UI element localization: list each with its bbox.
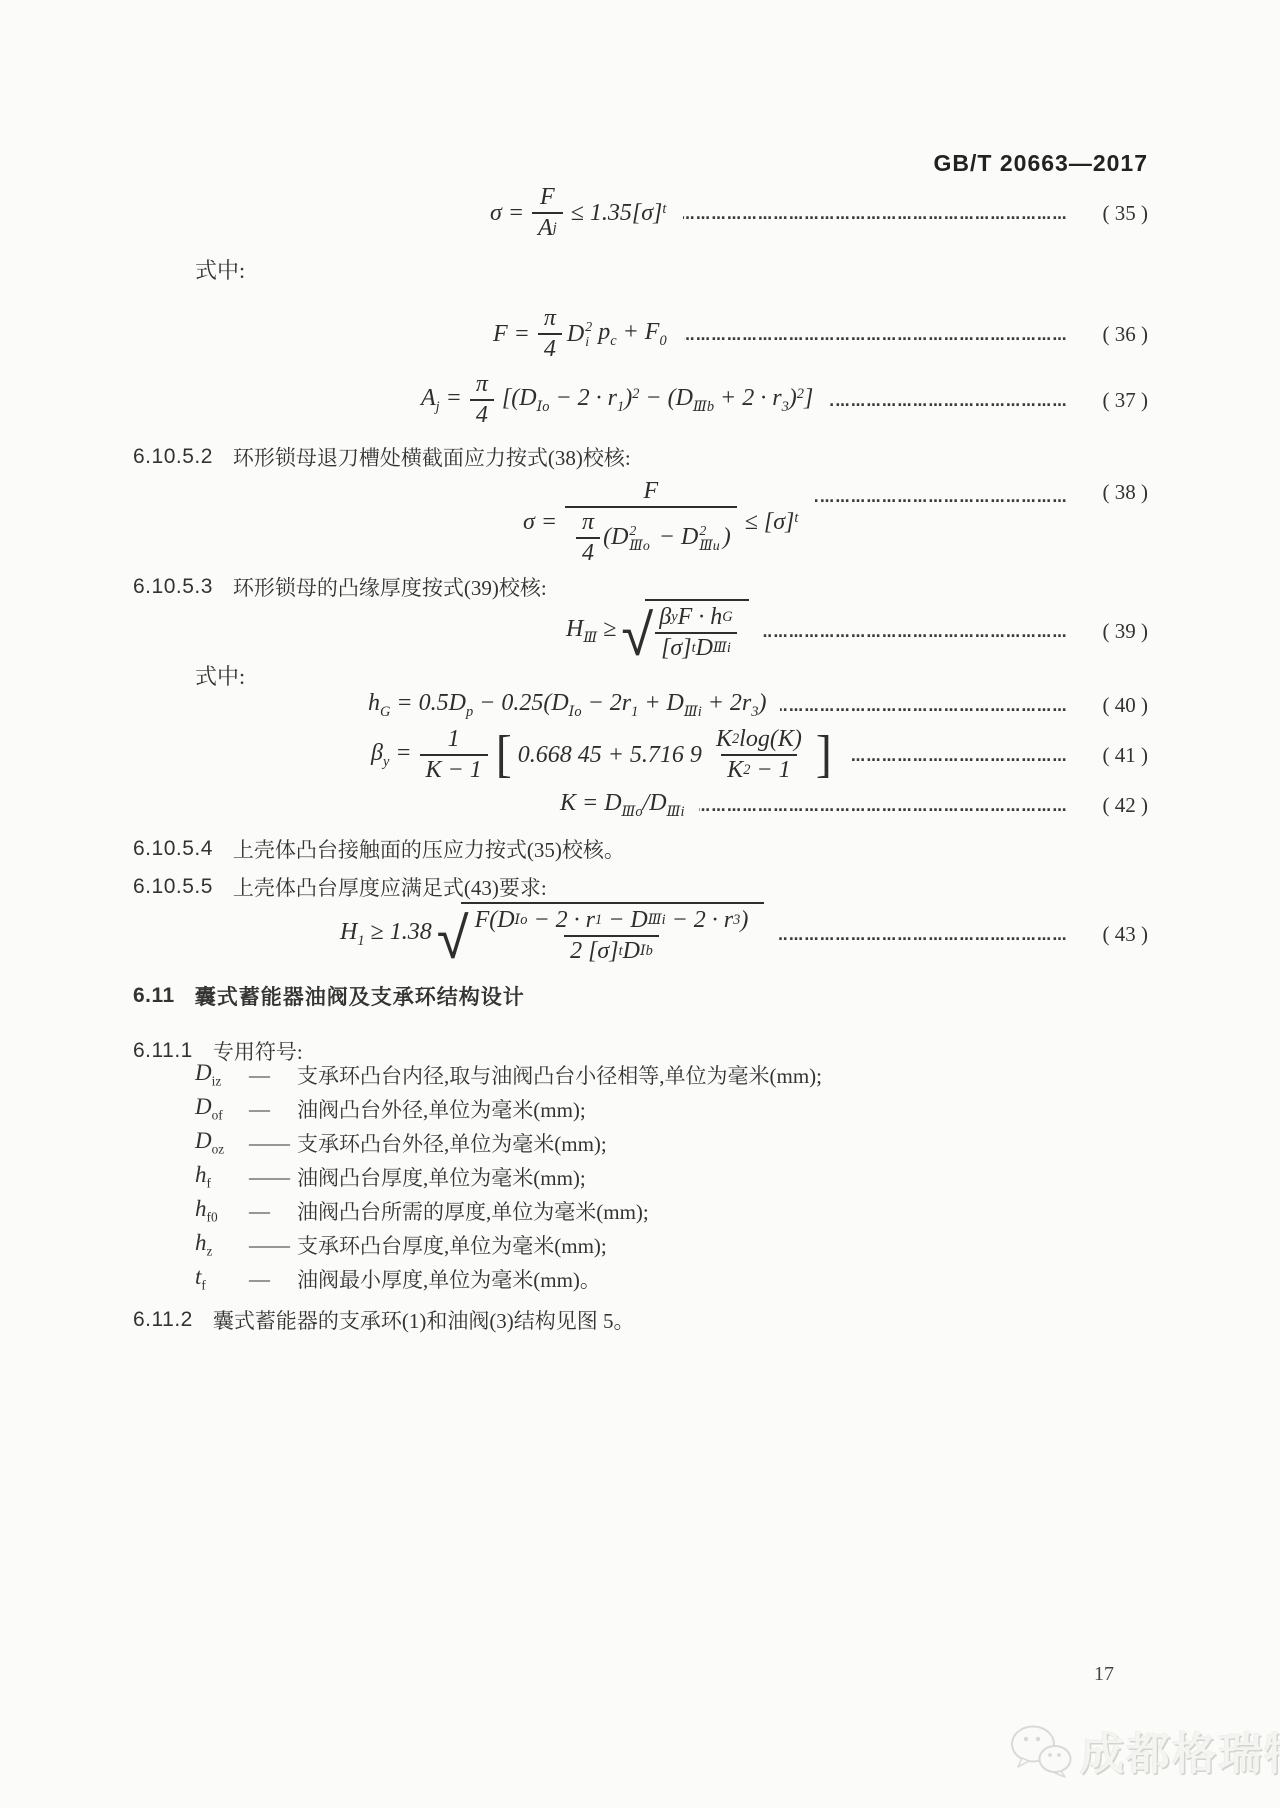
symbol-row: hf —— 油阀凸台厚度,单位为毫米(mm);	[133, 1160, 1148, 1194]
stacked-scripts: 2 i	[585, 321, 592, 350]
dot-leader: ………………………………………………………………………………	[780, 699, 1068, 715]
symbol-term: hz	[195, 1230, 249, 1259]
symbol-row: hz —— 支承环凸台厚度,单位为毫米(mm);	[133, 1228, 1148, 1262]
variable: D	[611, 524, 628, 551]
paren-open: (	[603, 524, 611, 551]
equation-35: σ = F Aj ≤ 1.35[σ]t ………………………………………………………	[133, 184, 1148, 242]
formula-rhs: ≤ 1.35[σ]t	[571, 200, 667, 227]
fraction-numerator: βyF · hG	[653, 604, 738, 632]
fraction-denominator: K2 − 1	[721, 754, 796, 784]
fraction-denominator: 2 [σ]tDⅠb	[564, 935, 659, 965]
equation-38: σ = F π 4 ( D 2 Ⅲo −	[133, 476, 1148, 568]
operator: −	[653, 524, 681, 551]
formula-lhs: HⅢ ≥	[566, 616, 616, 647]
formula-41: βy = 1 K − 1 [ 0.668 45 + 5.716 9 K2log(…	[368, 726, 835, 784]
symbol-term: hf0	[195, 1196, 249, 1225]
formula-lhs: H1 ≥ 1.38	[340, 919, 432, 950]
equation-43: H1 ≥ 1.38 √ F(DⅠo − 2 · r1 − DⅢi − 2 · r…	[133, 898, 1148, 970]
watermark-text: 成都格瑞特	[1080, 1718, 1280, 1782]
formula-43: H1 ≥ 1.38 √ F(DⅠo − 2 · r1 − DⅢi − 2 · r…	[337, 902, 764, 967]
equation-number: ( 36 )	[1072, 322, 1148, 347]
fraction-numerator: π	[470, 371, 494, 399]
symbol-term: Doz	[195, 1128, 249, 1157]
symbol-desc: 支承环凸台厚度,单位为毫米(mm);	[297, 1230, 607, 1260]
fraction-denominator: Aj	[532, 212, 563, 242]
equation-number: ( 35 )	[1072, 201, 1148, 226]
formula-body: hG = 0.5Dp − 0.25(DⅠo − 2r1 + DⅢi + 2r3)	[368, 690, 766, 721]
fraction: F π 4 ( D 2 Ⅲo − D	[565, 478, 737, 567]
dot-leader: ………………………………………………………………………………	[815, 490, 1068, 506]
fraction: F Aj	[532, 184, 563, 242]
fraction-numerator: π	[576, 509, 600, 537]
variable: D	[567, 321, 584, 348]
formula-body: K = DⅢo/DⅢi	[560, 790, 685, 821]
equation-42: K = DⅢo/DⅢi ……………………………………………………………………………	[133, 788, 1148, 822]
symbol-dash: ——	[249, 1233, 297, 1258]
radical-body: βyF · hG [σ]tDⅢi	[645, 599, 748, 664]
symbol-row: tf — 油阀最小厚度,单位为毫米(mm)。	[133, 1262, 1148, 1296]
fraction-denominator: 4	[538, 333, 562, 363]
fraction-numerator: F	[638, 478, 665, 506]
formula-rhs: pc + F0	[598, 319, 666, 350]
section-heading-6-10-5-2: 6.10.5.2 环形锁母退刀槽处横截面应力按式(38)校核:	[133, 442, 1148, 472]
formula-rhs: [(DⅠo − 2 · r1)2 − (DⅢb + 2 · r3)2]	[502, 385, 813, 416]
dot-leader: ………………………………………………………………………………	[683, 207, 1068, 223]
section-heading-6-10-5-4: 6.10.5.4 上壳体凸台接触面的压应力按式(35)校核。	[133, 834, 1148, 864]
radical-sign: √	[437, 918, 469, 960]
fraction: K2log(K) K2 − 1	[710, 726, 808, 784]
document-page: GB/T 20663—2017 σ = F Aj ≤ 1.35[σ]t ……………	[0, 0, 1280, 1808]
symbol-dash: —	[249, 1063, 297, 1088]
fraction-numerator: 1	[442, 726, 466, 754]
symbol-dash: ——	[249, 1165, 297, 1190]
page-header: GB/T 20663—2017	[133, 150, 1148, 178]
stacked-scripts: 2 Ⅲo	[629, 525, 649, 554]
fraction-denominator: 4	[470, 399, 494, 429]
fraction-denominator: K − 1	[420, 754, 488, 784]
bracket-close: ]	[816, 734, 832, 775]
equation-37: Aj = π 4 [(DⅠo − 2 · r1)2 − (DⅢb + 2 · r…	[133, 372, 1148, 428]
section-text: 囊式蓄能器油阀及支承环结构设计	[195, 981, 525, 1011]
fraction-numerator: F	[534, 184, 561, 212]
equation-41: βy = 1 K − 1 [ 0.668 45 + 5.716 9 K2log(…	[133, 726, 1148, 784]
equation-number: ( 41 )	[1072, 743, 1148, 768]
symbol-dash: —	[249, 1097, 297, 1122]
equation-40: hG = 0.5Dp − 0.25(DⅠo − 2r1 + DⅢi + 2r3)…	[133, 688, 1148, 722]
section-text: 环形锁母退刀槽处横截面应力按式(38)校核:	[233, 442, 631, 472]
section-number: 6.11	[133, 984, 175, 1008]
symbol-term: Dof	[195, 1094, 249, 1123]
fraction: π 4	[538, 305, 562, 363]
nested-fraction: π 4	[576, 509, 600, 567]
subscript: Ⅲu	[699, 540, 719, 555]
symbol-desc: 油阀凸台所需的厚度,单位为毫米(mm);	[297, 1196, 649, 1226]
section-heading-6-10-5-3: 6.10.5.3 环形锁母的凸缘厚度按式(39)校核:	[133, 572, 1148, 602]
variable: D	[681, 524, 698, 551]
fraction: F(DⅠo − 2 · r1 − DⅢi − 2 · r3) 2 [σ]tDⅠb	[469, 907, 755, 965]
symbol-desc: 油阀最小厚度,单位为毫米(mm)。	[297, 1264, 601, 1294]
formula-lhs: Aj =	[421, 385, 462, 416]
section-number: 6.11.2	[133, 1308, 193, 1332]
fraction-numerator: K2log(K)	[710, 726, 808, 754]
symbol-term: hf	[195, 1162, 249, 1191]
section-text: 囊式蓄能器的支承环(1)和油阀(3)结构见图 5。	[213, 1305, 635, 1335]
fraction: 1 K − 1	[420, 726, 488, 784]
equation-number: ( 40 )	[1072, 693, 1148, 718]
formula-lhs: βy =	[371, 740, 412, 771]
wechat-icon	[1008, 1722, 1074, 1778]
equation-39: HⅢ ≥ √ βyF · hG [σ]tDⅢi ……………………………………………	[133, 602, 1148, 660]
symbol-desc: 支承环凸台内径,取与油阀凸台小径相等,单位为毫米(mm);	[297, 1060, 822, 1090]
dot-leader: ………………………………………………………………………………	[830, 394, 1068, 410]
symbol-list: Diz — 支承环凸台内径,取与油阀凸台小径相等,单位为毫米(mm); Dof …	[133, 1058, 1148, 1296]
radical-body: F(DⅠo − 2 · r1 − DⅢi − 2 · r3) 2 [σ]tDⅠb	[461, 902, 765, 967]
symbol-term: tf	[195, 1264, 249, 1293]
section-heading-6-11: 6.11 囊式蓄能器油阀及支承环结构设计	[133, 980, 1148, 1012]
section-number: 6.10.5.3	[133, 575, 213, 599]
section-number: 6.10.5.5	[133, 875, 213, 899]
square-root: √ F(DⅠo − 2 · r1 − DⅢi − 2 · r3) 2 [σ]tD…	[437, 902, 765, 967]
formula-lhs: σ =	[523, 509, 557, 536]
dot-leader: ………………………………………………………………………………	[778, 928, 1068, 944]
section-heading-6-11-2: 6.11.2 囊式蓄能器的支承环(1)和油阀(3)结构见图 5。	[133, 1304, 1148, 1336]
formula-40: hG = 0.5Dp − 0.25(DⅠo − 2r1 + DⅢi + 2r3)	[368, 690, 766, 721]
fraction: βyF · hG [σ]tDⅢi	[653, 604, 738, 662]
square-root: √ βyF · hG [σ]tDⅢi	[621, 599, 748, 664]
equation-number: ( 37 )	[1072, 388, 1148, 413]
bracket-open: [	[496, 734, 512, 775]
fraction-numerator: π	[538, 305, 562, 333]
standard-code: GB/T 20663—2017	[934, 150, 1148, 176]
equation-number: ( 38 )	[1072, 480, 1148, 505]
superscript: 2	[699, 525, 706, 540]
formula-39: HⅢ ≥ √ βyF · hG [σ]tDⅢi	[563, 599, 749, 664]
formula-35: σ = F Aj ≤ 1.35[σ]t	[487, 184, 669, 242]
page-content: GB/T 20663—2017 σ = F Aj ≤ 1.35[σ]t ……………	[133, 0, 1148, 1336]
dot-leader: ………………………………………………………………………………	[684, 328, 1068, 344]
where-label: 式中:	[133, 254, 1148, 284]
dot-leader: ………………………………………………………………………………	[763, 625, 1068, 641]
equation-number: ( 39 )	[1072, 619, 1148, 644]
symbol-row: Dof — 油阀凸台外径,单位为毫米(mm);	[133, 1092, 1148, 1126]
symbol-row: Diz — 支承环凸台内径,取与油阀凸台小径相等,单位为毫米(mm);	[133, 1058, 1148, 1092]
symbol-row: hf0 — 油阀凸台所需的厚度,单位为毫米(mm);	[133, 1194, 1148, 1228]
formula-37: Aj = π 4 [(DⅠo − 2 · r1)2 − (DⅢb + 2 · r…	[418, 371, 816, 429]
radical-sign: √	[621, 615, 653, 657]
section-number: 6.10.5.2	[133, 445, 213, 469]
fraction-denominator: 4	[576, 537, 600, 567]
page-number: 17	[1094, 1663, 1114, 1686]
formula-36: F = π 4 D 2 i pc + F0	[490, 305, 670, 363]
section-text: 环形锁母的凸缘厚度按式(39)校核:	[233, 572, 547, 602]
symbol-dash: —	[249, 1267, 297, 1292]
fraction-numerator: F(DⅠo − 2 · r1 − DⅢi − 2 · r3)	[469, 907, 755, 935]
dot-leader: ………………………………………………………………………………	[699, 799, 1068, 815]
section-text: 上壳体凸台厚度应满足式(43)要求:	[233, 872, 547, 902]
section-text: 上壳体凸台接触面的压应力按式(35)校核。	[233, 834, 625, 864]
symbol-dash: ——	[249, 1131, 297, 1156]
equation-number: ( 43 )	[1072, 922, 1148, 947]
formula-rhs: ≤ [σ]t	[745, 509, 799, 536]
fraction-denominator: π 4 ( D 2 Ⅲo − D 2 Ⅲu	[565, 506, 737, 567]
formula-lhs: σ =	[490, 200, 524, 227]
equation-36: F = π 4 D 2 i pc + F0 …………………………………………………	[133, 306, 1148, 362]
symbol-desc: 支承环凸台外径,单位为毫米(mm);	[297, 1128, 607, 1158]
superscript: 2	[629, 525, 636, 540]
symbol-row: Doz —— 支承环凸台外径,单位为毫米(mm);	[133, 1126, 1148, 1160]
symbol-term: Diz	[195, 1060, 249, 1089]
dot-leader: ………………………………………………………………………………	[849, 749, 1068, 765]
formula-middle: 0.668 45 + 5.716 9	[518, 742, 702, 769]
formula-42: K = DⅢo/DⅢi	[560, 790, 685, 821]
formula-lhs: F =	[493, 321, 530, 348]
subscript: Ⅲo	[629, 540, 649, 555]
symbol-desc: 油阀凸台厚度,单位为毫米(mm);	[297, 1162, 586, 1192]
section-number: 6.11.1	[133, 1039, 193, 1063]
symbol-dash: —	[249, 1199, 297, 1224]
fraction: π 4	[470, 371, 494, 429]
fraction-denominator: [σ]tDⅢi	[655, 632, 737, 662]
symbol-desc: 油阀凸台外径,单位为毫米(mm);	[297, 1094, 586, 1124]
section-number: 6.10.5.4	[133, 837, 213, 861]
subscript: i	[585, 336, 589, 351]
superscript: 2	[585, 321, 592, 336]
paren-close: )	[723, 524, 731, 551]
watermark: 成都格瑞特	[1008, 1718, 1280, 1782]
stacked-scripts: 2 Ⅲu	[699, 525, 719, 554]
equation-number: ( 42 )	[1072, 793, 1148, 818]
formula-38: σ = F π 4 ( D 2 Ⅲo −	[520, 478, 801, 567]
